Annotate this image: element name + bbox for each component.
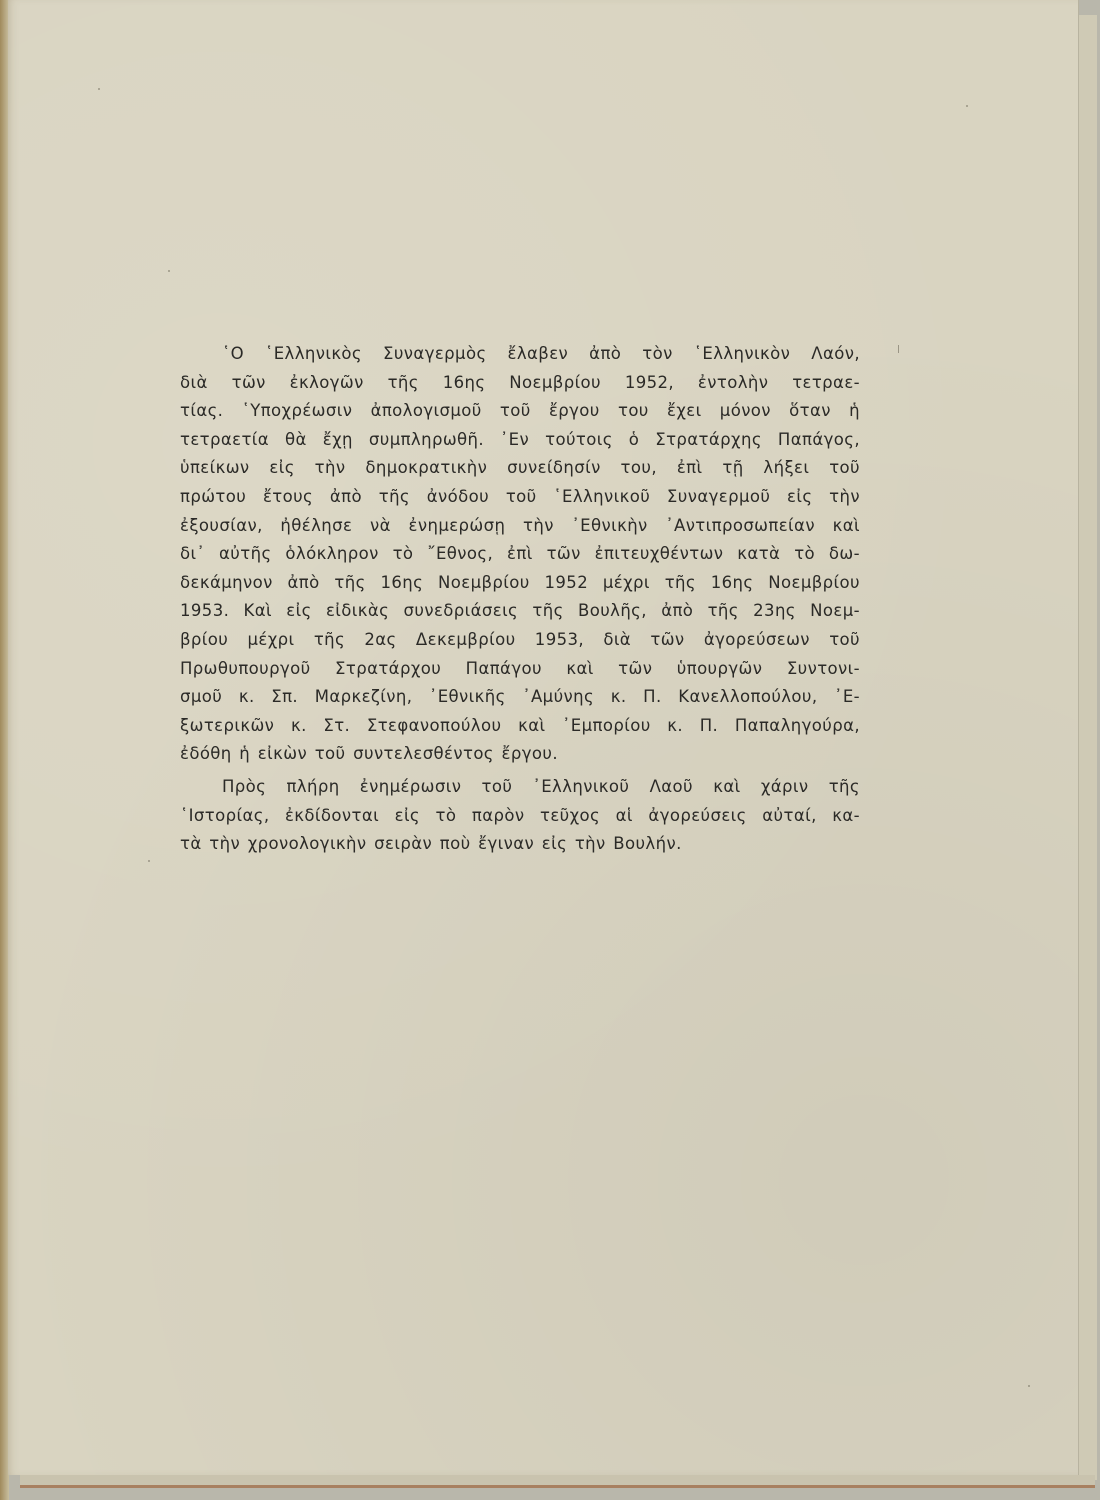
paper-speck (98, 88, 100, 90)
document-body: ῾Ο ῾Ελληνικὸς Συναγερμὸς ἔλαβεν ἀπὸ τὸν … (180, 340, 860, 863)
text-line: δεκάμηνον ἀπὸ τῆς 16ης Νοεμβρίου 1952 μέ… (180, 569, 860, 598)
text-line: ἐδόθη ἡ εἰκὼν τοῦ συντελεσθέντος ἔργου. (180, 740, 860, 769)
paper-speck (966, 105, 968, 107)
paper-speck (1028, 1385, 1030, 1387)
text-line: διὰ τῶν ἐκλογῶν τῆς 16ης Νοεμβρίου 1952,… (180, 369, 860, 398)
text-line: τὰ τὴν χρονολογικὴν σειρὰν ποὺ ἔγιναν εἰ… (180, 830, 860, 859)
text-line: δι᾿ αὐτῆς ὁλόκληρον τὸ ῎Εθνος, ἐπὶ τῶν ἐ… (180, 540, 860, 569)
paragraph-1: ῾Ο ῾Ελληνικὸς Συναγερμὸς ἔλαβεν ἀπὸ τὸν … (180, 340, 860, 769)
page-stack-bottom (20, 1475, 1095, 1488)
text-line: βρίου μέχρι τῆς 2ας Δεκεμβρίου 1953, διὰ… (180, 626, 860, 655)
text-line: ὑπείκων εἰς τὴν δημοκρατικὴν συνείδησίν … (180, 454, 860, 483)
text-line: τετραετία θὰ ἔχῃ συμπληρωθῆ. ᾿Εν τούτοις… (180, 426, 860, 455)
text-line: ῾Ο ῾Ελληνικὸς Συναγερμὸς ἔλαβεν ἀπὸ τὸν … (180, 340, 860, 369)
text-line: Πρὸς πλήρη ἐνημέρωσιν τοῦ ᾿Ελληνικοῦ Λαο… (180, 773, 860, 802)
text-line: 1953. Καὶ εἰς εἰδικὰς συνεδριάσεις τῆς Β… (180, 597, 860, 626)
paper-speck (148, 860, 150, 862)
text-line: ἐξουσίαν, ἠθέλησε νὰ ἐνημερώσῃ τὴν ᾿Εθνι… (180, 512, 860, 541)
paper-speck (898, 345, 899, 353)
paragraph-2: Πρὸς πλήρη ἐνημέρωσιν τοῦ ᾿Ελληνικοῦ Λαο… (180, 773, 860, 859)
paper-speck (168, 270, 170, 272)
text-line: ξωτερικῶν κ. Στ. Στεφανοπούλου καὶ ᾿Εμπο… (180, 712, 860, 741)
text-line: Πρωθυπουργοῦ Στρατάρχου Παπάγου καὶ τῶν … (180, 655, 860, 684)
text-line: σμοῦ κ. Σπ. Μαρκεζίνη, ᾿Εθνικῆς ᾿Αμύνης … (180, 683, 860, 712)
text-line: πρώτου ἔτους ἀπὸ τῆς ἀνόδου τοῦ ῾Ελληνικ… (180, 483, 860, 512)
next-page-edge (1078, 15, 1097, 1480)
text-line: ῾Ιστορίας, ἐκδίδονται εἰς τὸ παρὸν τεῦχο… (180, 802, 860, 831)
text-line: τίας. ῾Υποχρέωσιν ἀπολογισμοῦ τοῦ ἔργου … (180, 397, 860, 426)
